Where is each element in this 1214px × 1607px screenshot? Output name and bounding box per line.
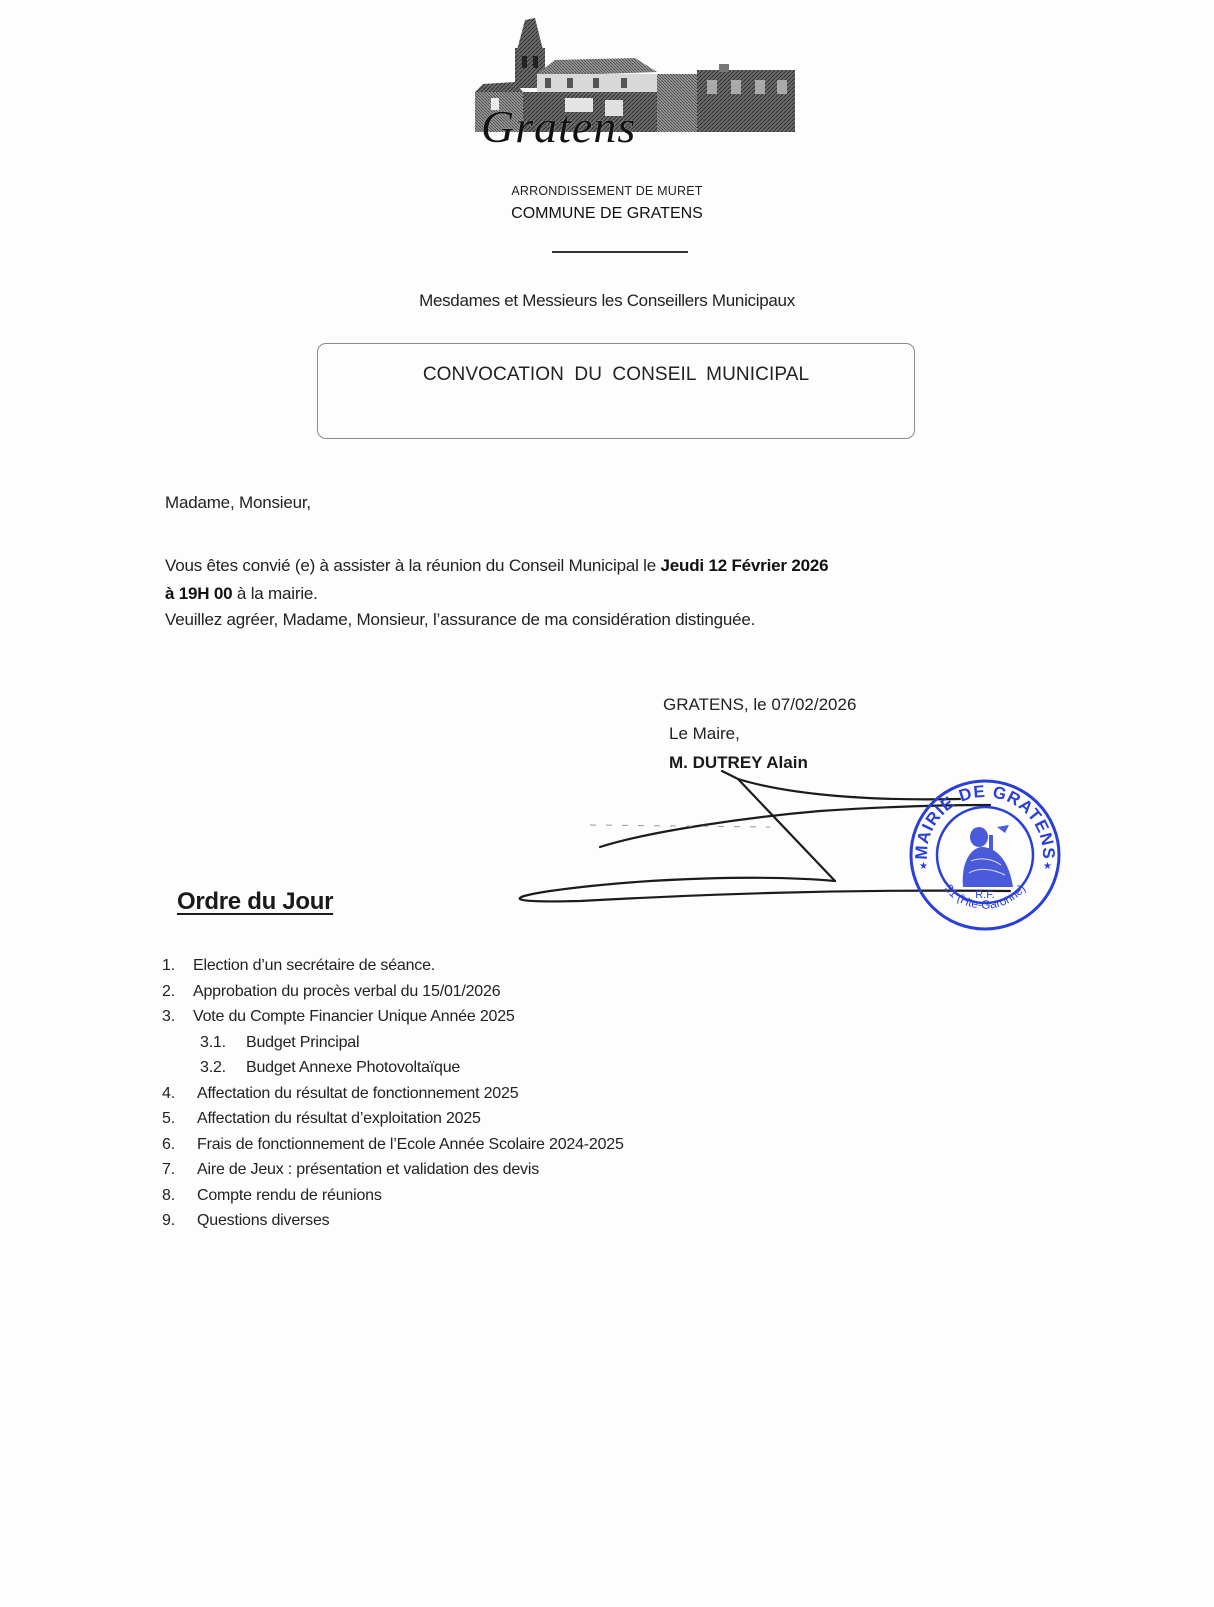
convocation-title-box: CONVOCATION DU CONSEIL MUNICIPAL — [317, 343, 915, 439]
agenda-item-text: Approbation du procès verbal du 15/01/20… — [193, 979, 500, 1005]
agenda-item-text: Election d’un secrétaire de séance. — [193, 953, 435, 979]
agenda-item: 2.Approbation du procès verbal du 15/01/… — [162, 979, 624, 1005]
signature-block: GRATENS, le 07/02/2026 Le Maire, M. DUTR… — [663, 690, 856, 777]
agenda-item-number: 8. — [162, 1183, 197, 1209]
official-stamp: MAIRIE DE GRATENS 31 (Hte-Garonne) ★ ★ R… — [905, 775, 1065, 935]
agenda-item: 9.Questions diverses — [162, 1208, 624, 1234]
agenda-item: 3.Vote du Compte Financier Unique Année … — [162, 1004, 624, 1030]
agenda-item-number: 4. — [162, 1081, 197, 1107]
agenda-item-number: 1. — [162, 953, 193, 979]
logo-text: Gratens — [481, 100, 636, 153]
agenda-item-number: 2. — [162, 979, 193, 1005]
agenda-item-number: 6. — [162, 1132, 197, 1158]
svg-text:★: ★ — [1043, 861, 1052, 872]
svg-text:★: ★ — [919, 861, 928, 872]
agenda-list: 1.Election d’un secrétaire de séance.2.A… — [162, 953, 624, 1234]
agenda-item: 6.Frais de fonctionnement de l’Ecole Ann… — [162, 1132, 624, 1158]
gratens-logo: Gratens — [475, 14, 795, 142]
invitation-suffix: à la mairie. — [232, 584, 317, 603]
invitation-prefix: Vous êtes convié (e) à assister à la réu… — [165, 556, 661, 575]
arrondissement-label: ARRONDISSEMENT DE MURET — [0, 184, 1214, 198]
agenda-item-number: 3.2. — [200, 1055, 246, 1081]
agenda-item: 5.Affectation du résultat d’exploitation… — [162, 1106, 624, 1132]
header-divider — [552, 251, 688, 253]
agenda-item-text: Aire de Jeux : présentation et validatio… — [197, 1157, 539, 1183]
convocation-title: CONVOCATION DU CONSEIL MUNICIPAL — [318, 364, 914, 386]
agenda-item-text: Frais de fonctionnement de l’Ecole Année… — [197, 1132, 624, 1158]
agenda-item-text: Vote du Compte Financier Unique Année 20… — [193, 1004, 515, 1030]
agenda-item-number: 9. — [162, 1208, 197, 1234]
commune-label: COMMUNE DE GRATENS — [0, 205, 1214, 223]
agenda-item: 8.Compte rendu de réunions — [162, 1183, 624, 1209]
salutation: Madame, Monsieur, — [165, 493, 311, 513]
mayor-role: Le Maire, — [663, 719, 856, 748]
agenda-item-number: 5. — [162, 1106, 197, 1132]
agenda-item-text: Compte rendu de réunions — [197, 1183, 382, 1209]
agenda-item-text: Budget Annexe Photovoltaïque — [246, 1055, 460, 1081]
meeting-time: à 19H 00 — [165, 584, 232, 603]
agenda-item: 4.Affectation du résultat de fonctionnem… — [162, 1081, 624, 1107]
svg-text:R.F.: R.F. — [975, 889, 995, 901]
agenda-item-text: Budget Principal — [246, 1030, 359, 1056]
addressees-line: Mesdames et Messieurs les Conseillers Mu… — [0, 291, 1214, 311]
agenda-subitem: 3.2.Budget Annexe Photovoltaïque — [162, 1055, 624, 1081]
town-hall-seal-icon: MAIRIE DE GRATENS 31 (Hte-Garonne) ★ ★ R… — [905, 775, 1065, 935]
agenda-item-text: Questions diverses — [197, 1208, 329, 1234]
agenda-item: 1.Election d’un secrétaire de séance. — [162, 953, 624, 979]
agenda-item-number: 7. — [162, 1157, 197, 1183]
agenda-item-number: 3. — [162, 1004, 193, 1030]
meeting-date: Jeudi 12 Février 2026 — [661, 556, 829, 575]
agenda-subitem: 3.1.Budget Principal — [162, 1030, 624, 1056]
agenda-title: Ordre du Jour — [177, 888, 333, 916]
agenda-item-text: Affectation du résultat d’exploitation 2… — [197, 1106, 481, 1132]
agenda-item-number: 3.1. — [200, 1030, 246, 1056]
agenda-item-text: Affectation du résultat de fonctionnemen… — [197, 1081, 518, 1107]
place-date: GRATENS, le 07/02/2026 — [663, 690, 856, 719]
agenda-item: 7.Aire de Jeux : présentation et validat… — [162, 1157, 624, 1183]
closing-paragraph: Veuillez agréer, Madame, Monsieur, l’ass… — [165, 610, 755, 630]
invitation-paragraph: Vous êtes convié (e) à assister à la réu… — [165, 552, 985, 608]
